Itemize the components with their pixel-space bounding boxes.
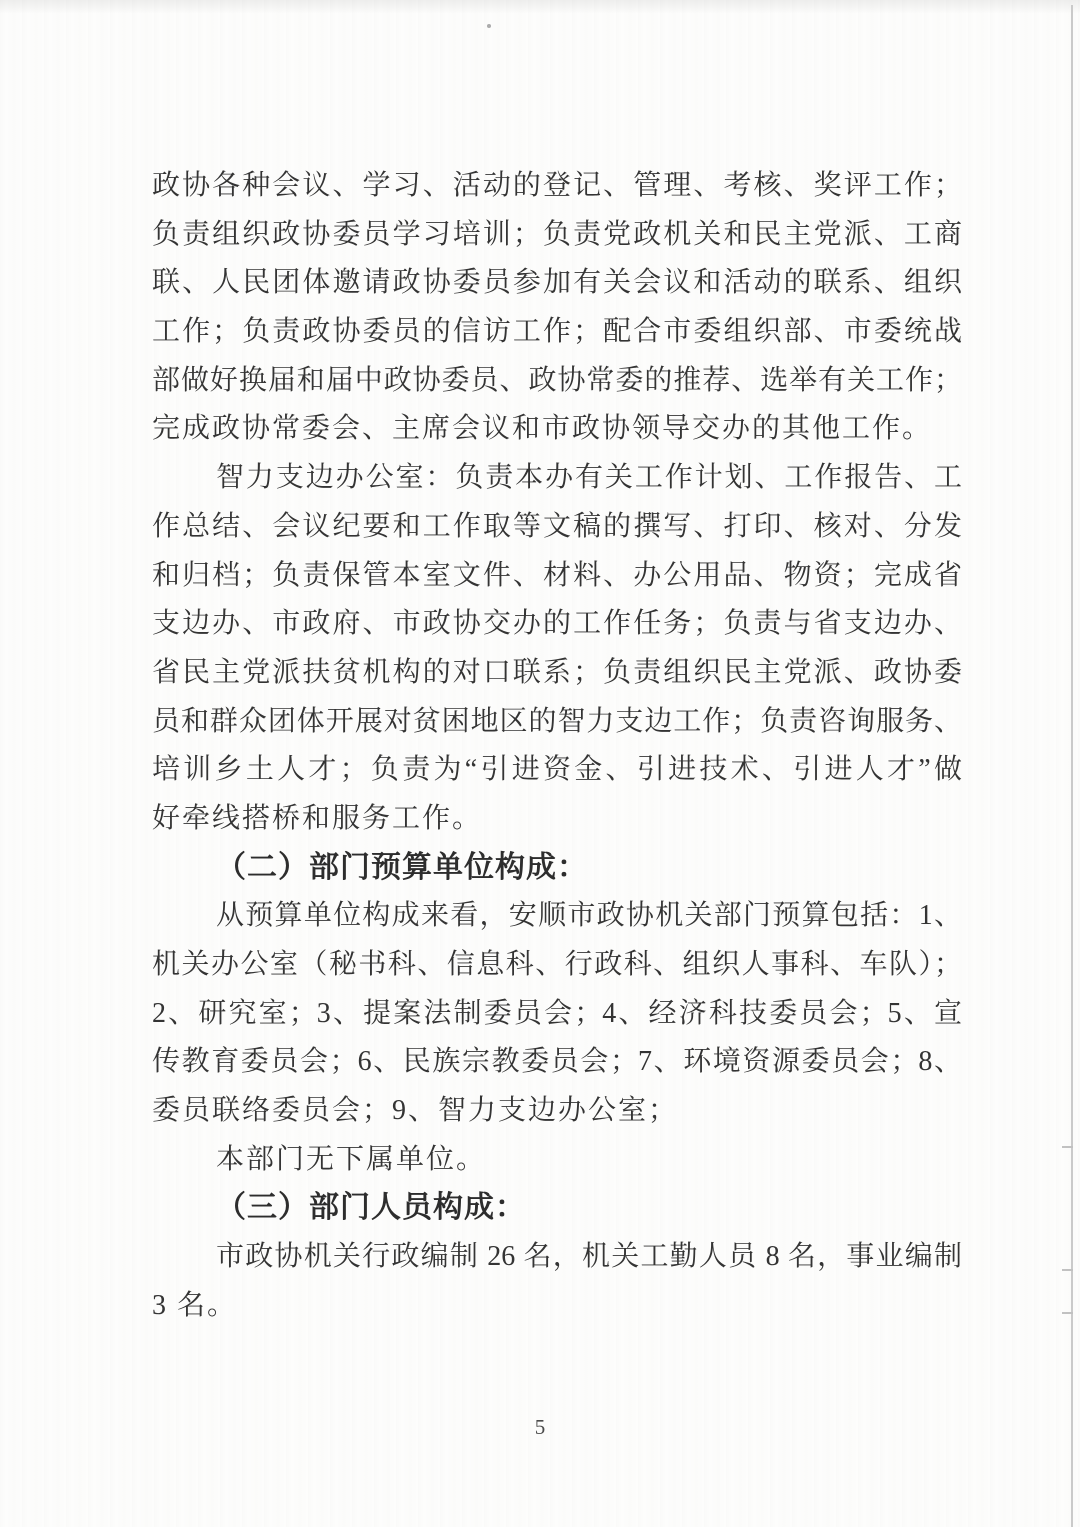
text-line: 完成政协常委会、主席会议和市政协领导交办的其他工作。 xyxy=(152,405,962,454)
text-line: 部做好换届和届中政协委员、政协常委的推荐、选举有关工作； xyxy=(152,357,962,406)
section-heading: （二）部门预算单位构成： xyxy=(152,844,962,893)
text-line: 员和群众团体开展对贫困地区的智力支边工作；负责咨询服务、 xyxy=(152,698,962,747)
scan-edge-tick xyxy=(1062,1269,1073,1271)
text-line: 3 名。 xyxy=(152,1282,962,1331)
text-line: 智力支边办公室：负责本办有关工作计划、工作报告、工 xyxy=(152,454,962,503)
text-line: 市政协机关行政编制 26 名，机关工勤人员 8 名，事业编制 xyxy=(152,1233,962,1282)
text-line: 联、人民团体邀请政协委员参加有关会议和活动的联系、组织 xyxy=(152,259,962,308)
scan-edge-tick xyxy=(1062,1312,1073,1314)
text-line: 2、研究室；3、提案法制委员会；4、经济科技委员会；5、宣 xyxy=(152,990,962,1039)
text-line: 从预算单位构成来看，安顺市政协机关部门预算包括：1、 xyxy=(152,892,962,941)
text-line: 好牵线搭桥和服务工作。 xyxy=(152,795,962,844)
text-line: 工作；负责政协委员的信访工作；配合市委组织部、市委统战 xyxy=(152,308,962,357)
document-page: 政协各种会议、学习、活动的登记、管理、考核、奖评工作；负责组织政协委员学习培训；… xyxy=(0,0,1080,1527)
text-line: 机关办公室（秘书科、信息科、行政科、组织人事科、车队）； xyxy=(152,941,962,990)
text-line: 委员联络委员会；9、智力支边办公室； xyxy=(152,1087,962,1136)
section-heading: （三）部门人员构成： xyxy=(152,1184,962,1233)
text-line: 传教育委员会；6、民族宗教委员会；7、环境资源委员会；8、 xyxy=(152,1038,962,1087)
document-body: 政协各种会议、学习、活动的登记、管理、考核、奖评工作；负责组织政协委员学习培训；… xyxy=(152,162,962,1331)
text-line: 支边办、市政府、市政协交办的工作任务；负责与省支边办、 xyxy=(152,600,962,649)
text-line: 政协各种会议、学习、活动的登记、管理、考核、奖评工作； xyxy=(152,162,962,211)
text-line: 省民主党派扶贫机构的对口联系；负责组织民主党派、政协委 xyxy=(152,649,962,698)
scan-edge-tick xyxy=(1062,1146,1073,1148)
text-line: 本部门无下属单位。 xyxy=(152,1136,962,1185)
scan-speck xyxy=(487,24,491,28)
scan-paper-right-edge xyxy=(1071,5,1073,1527)
text-line: 负责组织政协委员学习培训；负责党政机关和民主党派、工商 xyxy=(152,211,962,260)
text-line: 和归档；负责保管本室文件、材料、办公用品、物资；完成省 xyxy=(152,552,962,601)
scan-top-edge-shadow xyxy=(0,0,1080,14)
text-line: 作总结、会议纪要和工作取等文稿的撰写、打印、核对、分发 xyxy=(152,503,962,552)
text-line: 培训乡土人才；负责为“引进资金、引进技术、引进人才”做 xyxy=(152,746,962,795)
page-number: 5 xyxy=(0,1415,1080,1440)
